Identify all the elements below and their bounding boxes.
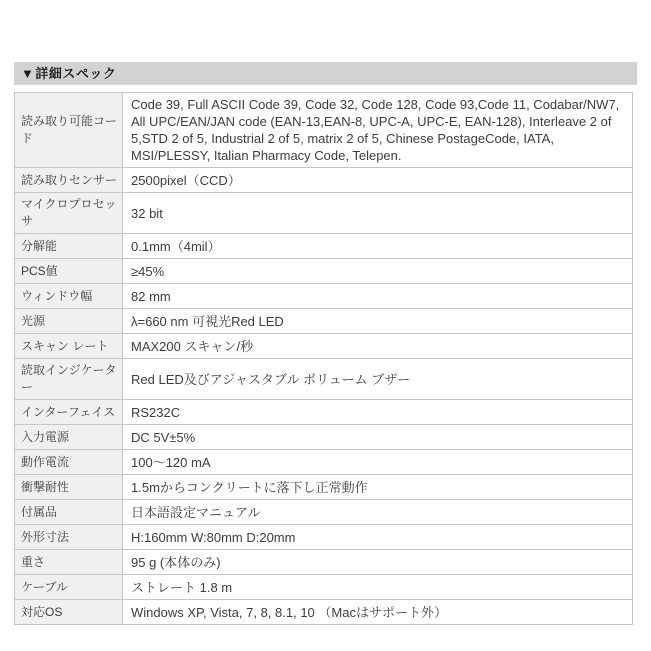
spec-label: 読み取り可能コード xyxy=(15,93,123,168)
spec-label: 読取インジケーター xyxy=(15,359,123,400)
spec-value: 2500pixel（CCD） xyxy=(123,168,633,193)
spec-value: 0.1mm（4mil） xyxy=(123,234,633,259)
spec-row: 読み取りセンサー2500pixel（CCD） xyxy=(15,168,633,193)
spec-value: 95 g (本体のみ) xyxy=(123,550,633,575)
spec-label: 対応OS xyxy=(15,600,123,625)
spec-value: 日本語設定マニュアル xyxy=(123,500,633,525)
spec-row: インターフェイスRS232C xyxy=(15,400,633,425)
spec-label: 光源 xyxy=(15,309,123,334)
spec-label: 動作電流 xyxy=(15,450,123,475)
spec-table-body: 読み取り可能コードCode 39, Full ASCII Code 39, Co… xyxy=(15,93,633,625)
spec-row: 読み取り可能コードCode 39, Full ASCII Code 39, Co… xyxy=(15,93,633,168)
spec-label: 外形寸法 xyxy=(15,525,123,550)
spec-row: マイクロプロセッサ32 bit xyxy=(15,193,633,234)
spec-label: 付属品 xyxy=(15,500,123,525)
spec-table: 読み取り可能コードCode 39, Full ASCII Code 39, Co… xyxy=(14,92,633,625)
spec-value: 82 mm xyxy=(123,284,633,309)
spec-row: 動作電流100～120 mA xyxy=(15,450,633,475)
spec-label: マイクロプロセッサ xyxy=(15,193,123,234)
spec-row: 入力電源DC 5V±5% xyxy=(15,425,633,450)
spec-label: スキャン レート xyxy=(15,334,123,359)
section-title: 詳細スペック xyxy=(35,66,116,81)
spec-label: 読み取りセンサー xyxy=(15,168,123,193)
spec-row: 衝撃耐性1.5mからコンクリートに落下し正常動作 xyxy=(15,475,633,500)
spec-value: λ=660 nm 可視光Red LED xyxy=(123,309,633,334)
spec-value: ストレート 1.8 m xyxy=(123,575,633,600)
spec-row: 対応OSWindows XP, Vista, 7, 8, 8.1, 10 （Ma… xyxy=(15,600,633,625)
spec-row: 光源λ=660 nm 可視光Red LED xyxy=(15,309,633,334)
spec-row: PCS値≥45% xyxy=(15,259,633,284)
spec-value: RS232C xyxy=(123,400,633,425)
triangle-down-icon: ▼ xyxy=(21,66,34,81)
spec-row: 外形寸法H:160mm W:80mm D:20mm xyxy=(15,525,633,550)
spec-value: MAX200 スキャン/秒 xyxy=(123,334,633,359)
spec-row: 付属品日本語設定マニュアル xyxy=(15,500,633,525)
spec-value: Red LED及びアジャスタブル ボリューム ブザー xyxy=(123,359,633,400)
spec-value: DC 5V±5% xyxy=(123,425,633,450)
spec-label: 重さ xyxy=(15,550,123,575)
spec-value: 1.5mからコンクリートに落下し正常動作 xyxy=(123,475,633,500)
spec-value: ≥45% xyxy=(123,259,633,284)
spec-row: 重さ95 g (本体のみ) xyxy=(15,550,633,575)
spec-label: PCS値 xyxy=(15,259,123,284)
detail-spec-section: ▼詳細スペック 読み取り可能コードCode 39, Full ASCII Cod… xyxy=(14,62,637,625)
spec-row: スキャン レートMAX200 スキャン/秒 xyxy=(15,334,633,359)
spec-label: インターフェイス xyxy=(15,400,123,425)
spec-label: ケーブル xyxy=(15,575,123,600)
spec-label: 分解能 xyxy=(15,234,123,259)
spec-value: Windows XP, Vista, 7, 8, 8.1, 10 （Macはサポ… xyxy=(123,600,633,625)
spec-value: 32 bit xyxy=(123,193,633,234)
spec-value: H:160mm W:80mm D:20mm xyxy=(123,525,633,550)
spec-row: ウィンドウ幅82 mm xyxy=(15,284,633,309)
spec-label: 入力電源 xyxy=(15,425,123,450)
section-title-bar: ▼詳細スペック xyxy=(14,62,637,85)
spec-value: 100～120 mA xyxy=(123,450,633,475)
spec-row: ケーブルストレート 1.8 m xyxy=(15,575,633,600)
spec-label: ウィンドウ幅 xyxy=(15,284,123,309)
spec-row: 分解能0.1mm（4mil） xyxy=(15,234,633,259)
spec-row: 読取インジケーターRed LED及びアジャスタブル ボリューム ブザー xyxy=(15,359,633,400)
spec-label: 衝撃耐性 xyxy=(15,475,123,500)
spec-value: Code 39, Full ASCII Code 39, Code 32, Co… xyxy=(123,93,633,168)
